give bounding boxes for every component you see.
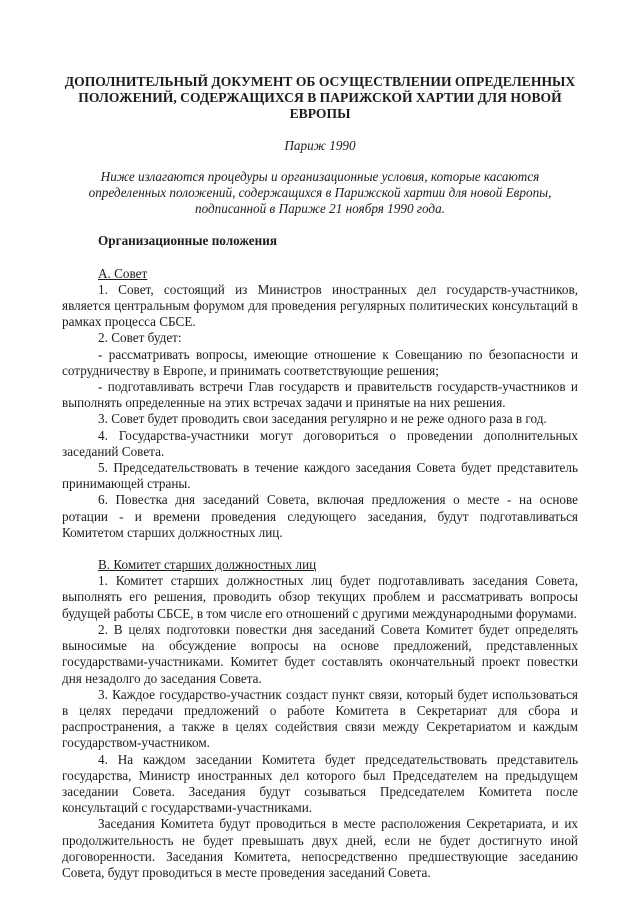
section-a-paragraph: 5. Председательствовать в течение каждог… bbox=[62, 460, 578, 492]
section-a-paragraph: 3. Совет будет проводить свои заседания … bbox=[62, 411, 578, 427]
section-a-heading: А. Совет bbox=[62, 266, 578, 282]
section-a-paragraph: 4. Государства-участники могут договорит… bbox=[62, 428, 578, 460]
document-content: ДОПОЛНИТЕЛЬНЫЙ ДОКУМЕНТ ОБ ОСУЩЕСТВЛЕНИИ… bbox=[62, 74, 578, 881]
document-page: ДОПОЛНИТЕЛЬНЫЙ ДОКУМЕНТ ОБ ОСУЩЕСТВЛЕНИИ… bbox=[0, 0, 640, 905]
section-b-paragraph: 2. В целях подготовки повестки дня засед… bbox=[62, 622, 578, 687]
section-a-paragraph: 1. Совет, состоящий из Министров иностра… bbox=[62, 282, 578, 331]
section-a-paragraph: - подготавливать встречи Глав государств… bbox=[62, 379, 578, 411]
section-b-paragraph: 3. Каждое государство-участник создаст п… bbox=[62, 687, 578, 752]
section-a-paragraph: - рассматривать вопросы, имеющие отношен… bbox=[62, 347, 578, 379]
section-b-paragraph: 4. На каждом заседании Комитета будет пр… bbox=[62, 752, 578, 817]
document-preamble: Ниже излагаются процедуры и организацион… bbox=[84, 169, 556, 218]
section-a-paragraph: 2. Совет будет: bbox=[62, 330, 578, 346]
section-b-heading-text: В. Комитет старших должностных лиц bbox=[98, 557, 316, 572]
section-a-heading-text: А. Совет bbox=[98, 266, 147, 281]
section-b-paragraph: Заседания Комитета будут проводиться в м… bbox=[62, 816, 578, 881]
document-subtitle: Париж 1990 bbox=[62, 138, 578, 154]
document-title: ДОПОЛНИТЕЛЬНЫЙ ДОКУМЕНТ ОБ ОСУЩЕСТВЛЕНИИ… bbox=[62, 74, 578, 123]
section-b-paragraph: 1. Комитет старших должностных лиц будет… bbox=[62, 573, 578, 622]
section-a-paragraph: 6. Повестка дня заседаний Совета, включа… bbox=[62, 492, 578, 541]
organizational-provisions-heading: Организационные положения bbox=[62, 233, 578, 249]
section-b-heading: В. Комитет старших должностных лиц bbox=[62, 557, 578, 573]
